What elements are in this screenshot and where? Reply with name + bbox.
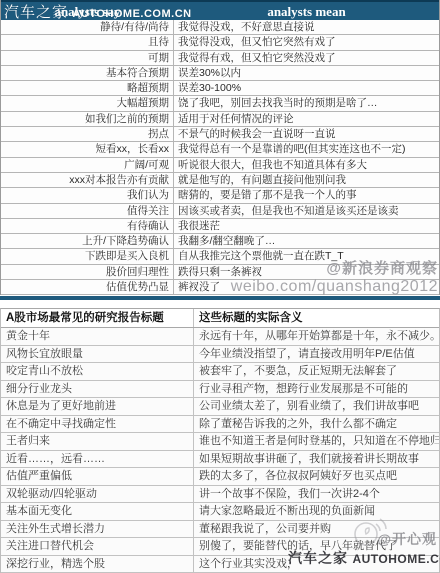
kaixinguan-handle-label: @开心观: [377, 529, 437, 549]
table-row: 咬定青山不放松被套牢了，不要急，反正短期无法解套了: [1, 363, 439, 381]
analyst-phrase-cell: 静待/有待/尚待: [1, 20, 174, 34]
weibo-handle-label: @新浪券商观察: [231, 257, 438, 278]
analyst-phrase-cell: 短看xx，长看xx: [1, 142, 174, 156]
table-image-page: analysts say analysts mean 静待/有待/尚待我觉得没戏…: [0, 0, 440, 573]
autohome-site-label-bottom: 汽车之家: [288, 550, 348, 566]
actual-meaning-cell: 饶了我吧，别回去找我当时的预期是啥了…: [174, 96, 439, 110]
report-meaning-header: 这些标题的实际含义: [194, 309, 439, 327]
actual-meaning-cell: 我觉得总有一个是靠谱的吧(但其实连这也不一定): [174, 142, 439, 156]
table-row: 如我们之前的预期适用于对任何情况的评论: [1, 112, 439, 127]
table-row: 略超预期误差30-100%: [1, 81, 439, 96]
table-row: 值得关注因该买或者卖，但是我也不知道是该买还是该卖: [1, 204, 439, 219]
analyst-phrase-cell: 拐点: [1, 127, 174, 141]
table-row: 风物长宜放眼量今年业绩没指望了，请直接改用明年P/E估值: [1, 346, 439, 364]
analyst-phrase-cell: 略超预期: [1, 81, 174, 95]
table-row: xxx对本报告亦有贡献就是他写的，有问题直接问他别问我: [1, 173, 439, 188]
actual-meaning-cell: 听说很大很大，但我也不知道具体有多大: [174, 158, 439, 172]
table-row: 近看……，远看……如果短期故事讲砸了，我们就接着讲长期故事: [1, 451, 439, 469]
table-row: 大幅超预期饶了我吧，别回去找我当时的预期是啥了…: [1, 96, 439, 111]
actual-meaning-cell: 我觉得有戏，但又怕它突然没戏了: [174, 51, 439, 65]
actual-meaning-cell: 误差30-100%: [174, 81, 439, 95]
analyst-phrase-cell: 可期: [1, 51, 174, 65]
table-row: 黄金十年永远有十年，从哪年开始算都是十年，永不减少。: [1, 328, 439, 346]
report-meaning-cell: 如果短期故事讲砸了，我们就接着讲长期故事: [194, 451, 439, 468]
report-meaning-cell: 跌的太多了，各位叔叔阿姨好歹也买点吧: [194, 468, 439, 485]
analyst-phrase-cell: 基本符合预期: [1, 66, 174, 80]
report-meaning-cell: 被套牢了，不要急，反正短期无法解套了: [194, 363, 439, 380]
table-row: 短看xx，长看xx我觉得总有一个是靠谱的吧(但其实连这也不一定): [1, 142, 439, 157]
analysts-table-body: 静待/有待/尚待我觉得没戏，不好意思直接说且待我觉得没戏，但又怕它突然有戏了可期…: [1, 20, 439, 295]
sina-broker-watermark: @新浪券商观察 weibo.com/quanshang2012: [231, 257, 438, 296]
report-title-cell: 在不确定中寻找确定性: [1, 416, 194, 433]
analyst-phrase-cell: 广阔/可观: [1, 158, 174, 172]
report-title-cell: 黄金十年: [1, 328, 194, 345]
analysts-jargon-table: analysts say analysts mean 静待/有待/尚待我觉得没戏…: [0, 0, 440, 295]
table-row: 静待/有待/尚待我觉得没戏，不好意思直接说: [1, 20, 439, 35]
analysts-mean-header: analysts mean: [174, 2, 439, 20]
autohome-domain-label-bottom: AUTOHOME.COM.CN: [352, 552, 440, 566]
actual-meaning-cell: 瞎猜的，要是错了那不是我一个人的事: [174, 188, 439, 202]
actual-meaning-cell: 我觉得没戏，不好意思直接说: [174, 20, 439, 34]
report-title-cell: 休息是为了更好地前进: [1, 398, 194, 415]
analyst-phrase-cell: 估值优势凸显: [1, 280, 174, 294]
report-meaning-cell: 行业寻租产物，想跨行业发展那是不可能的: [194, 381, 439, 398]
report-meaning-cell: 除了董秘告诉我的之外，我什么都不确定: [194, 416, 439, 433]
report-title-cell: 细分行业龙头: [1, 381, 194, 398]
table-row: 拐点不景气的时候我会一直说呀一直说: [1, 127, 439, 142]
actual-meaning-cell: 不景气的时候我会一直说呀一直说: [174, 127, 439, 141]
report-meaning-cell: 公司业绩太差了，别看业绩了，我们讲故事吧: [194, 398, 439, 415]
actual-meaning-cell: 因该买或者卖，但是我也不知道是该买还是该卖: [174, 204, 439, 218]
analyst-phrase-cell: 有待确认: [1, 219, 174, 233]
autohome-site-label: 汽车之家: [4, 4, 68, 21]
autohome-domain-label: AUTOHOME.COM.CN: [72, 8, 191, 20]
actual-meaning-cell: 我翻多/翻空翻晚了…: [174, 234, 439, 248]
table-row: 估值严重偏低跌的太多了，各位叔叔阿姨好歹也买点吧: [1, 468, 439, 486]
table-row: 基本符合预期误差30%以内: [1, 66, 439, 81]
report-title-cell: 风物长宜放眼量: [1, 346, 194, 363]
report-title-cell: 关注进口替代机会: [1, 538, 194, 555]
autohome-watermark-top: 汽车之家 AUTOHOME.COM.CN: [4, 1, 192, 22]
report-title-cell: 基本面无变化: [1, 503, 194, 520]
analyst-phrase-cell: 上升/下降趋势确认: [1, 234, 174, 248]
report-title-cell: 深挖行业，精选个股: [1, 556, 194, 573]
report-table-header: A股市场最常见的研究报告标题 这些标题的实际含义: [1, 309, 439, 328]
report-meaning-cell: 永远有十年，从哪年开始算都是十年，永不减少。: [194, 328, 439, 345]
analyst-phrase-cell: xxx对本报告亦有贡献: [1, 173, 174, 187]
weibo-url-label: weibo.com/quanshang2012: [231, 278, 438, 296]
table-row: 王者归来谁也不知道王者是何时登基的，只知道在不停地归来: [1, 433, 439, 451]
table-row: 上升/下降趋势确认我翻多/翻空翻晚了…: [1, 234, 439, 249]
actual-meaning-cell: 就是他写的，有问题直接问他别问我: [174, 173, 439, 187]
table-row: 在不确定中寻找确定性除了董秘告诉我的之外，我什么都不确定: [1, 416, 439, 434]
table-row: 可期我觉得有戏，但又怕它突然没戏了: [1, 51, 439, 66]
table-row: 且待我觉得没戏，但又怕它突然有戏了: [1, 35, 439, 50]
actual-meaning-cell: 我觉得没戏，但又怕它突然有戏了: [174, 35, 439, 49]
report-meaning-cell: 讲一个故事不保险，我们一次讲2-4个: [194, 486, 439, 503]
report-title-header: A股市场最常见的研究报告标题: [1, 309, 194, 327]
table-row: 广阔/可观听说很大很大，但我也不知道具体有多大: [1, 158, 439, 173]
table-row: 有待确认我很迷茫: [1, 219, 439, 234]
analyst-phrase-cell: 股价回归理性: [1, 265, 174, 279]
analyst-phrase-cell: 值得关注: [1, 204, 174, 218]
report-title-cell: 王者归来: [1, 433, 194, 450]
report-meaning-cell: 请大家忽略最近不断出现的负面新闻: [194, 503, 439, 520]
analyst-phrase-cell: 我们认为: [1, 188, 174, 202]
table-row: 我们认为瞎猜的，要是错了那不是我一个人的事: [1, 188, 439, 203]
report-title-cell: 关注外生式增长潜力: [1, 521, 194, 538]
report-title-cell: 咬定青山不放松: [1, 363, 194, 380]
actual-meaning-cell: 误差30%以内: [174, 66, 439, 80]
report-title-cell: 近看……，远看……: [1, 451, 194, 468]
autohome-watermark-bottom: 汽车之家 AUTOHOME.COM.CN: [288, 548, 440, 568]
table-row: 细分行业龙头行业寻租产物，想跨行业发展那是不可能的: [1, 381, 439, 399]
table-row: 休息是为了更好地前进公司业绩太差了，别看业绩了，我们讲故事吧: [1, 398, 439, 416]
analyst-phrase-cell: 且待: [1, 35, 174, 49]
report-title-cell: 估值严重偏低: [1, 468, 194, 485]
table-row: 双轮驱动/四轮驱动讲一个故事不保险，我们一次讲2-4个: [1, 486, 439, 504]
table-divider-bar: [0, 296, 440, 300]
report-meaning-cell: 谁也不知道王者是何时登基的，只知道在不停地归来: [194, 433, 439, 450]
analyst-phrase-cell: 下跌即是买入良机: [1, 249, 174, 263]
actual-meaning-cell: 我很迷茫: [174, 219, 439, 233]
report-meaning-cell: 今年业绩没指望了，请直接改用明年P/E估值: [194, 346, 439, 363]
report-title-cell: 双轮驱动/四轮驱动: [1, 486, 194, 503]
analyst-phrase-cell: 大幅超预期: [1, 96, 174, 110]
actual-meaning-cell: 适用于对任何情况的评论: [174, 112, 439, 126]
analyst-phrase-cell: 如我们之前的预期: [1, 112, 174, 126]
